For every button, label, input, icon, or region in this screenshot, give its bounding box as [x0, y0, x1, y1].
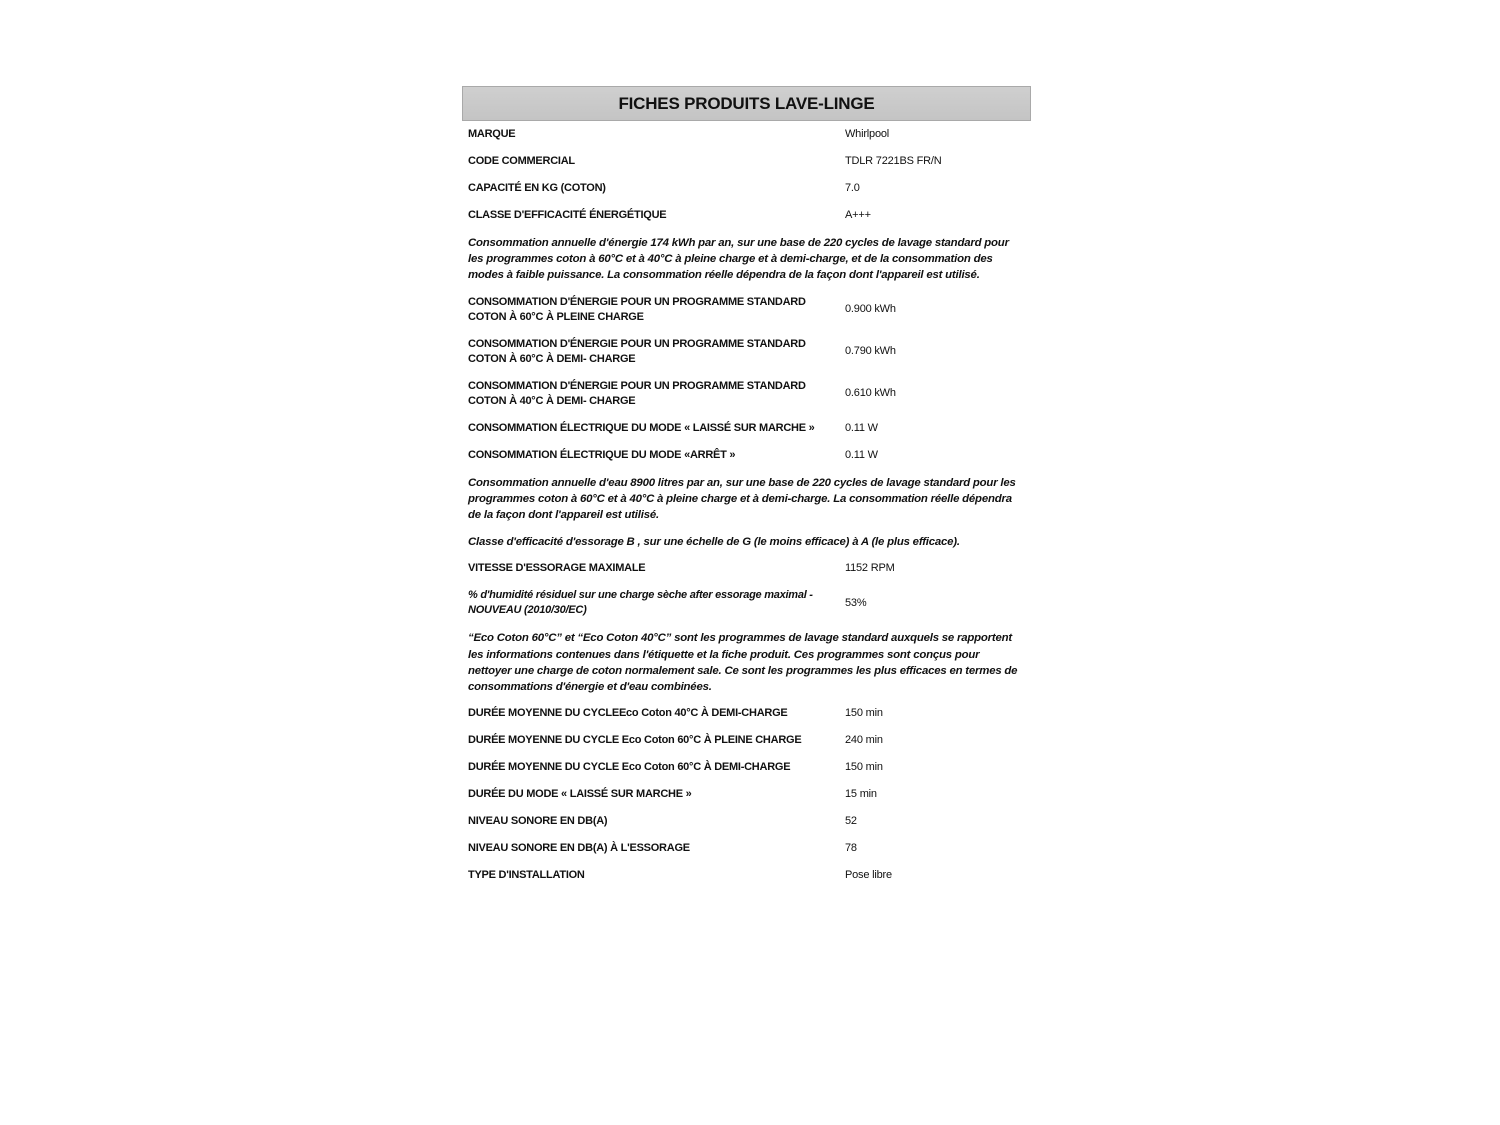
spec-value: 53% [845, 596, 1025, 611]
spec-row-left-on-power: CONSOMMATION ÉLECTRIQUE DU MODE « LAISSÉ… [468, 415, 1025, 442]
spec-row-max-spin: VITESSE D'ESSORAGE MAXIMALE 1152 RPM [468, 555, 1025, 582]
spec-row-left-on-duration: DURÉE DU MODE « LAISSÉ SUR MARCHE » 15 m… [468, 781, 1025, 808]
spec-label: DURÉE MOYENNE DU CYCLE Eco Coton 60°C À … [468, 733, 845, 748]
spec-value: 7.0 [845, 181, 1025, 196]
spec-value: TDLR 7221BS FR/N [845, 154, 1025, 169]
spec-row-installation-type: TYPE D'INSTALLATION Pose libre [468, 862, 1025, 889]
spec-row-noise-wash: NIVEAU SONORE EN DB(A) 52 [468, 808, 1025, 835]
spec-value: 0.790 kWh [845, 344, 1025, 359]
spec-label: DURÉE MOYENNE DU CYCLEEco Coton 40°C À D… [468, 706, 845, 721]
spec-label: DURÉE MOYENNE DU CYCLE Eco Coton 60°C À … [468, 760, 845, 775]
spec-row-capacity: CAPACITÉ EN KG (COTON) 7.0 [468, 175, 1025, 202]
spec-row-energy-40-half: CONSOMMATION D'ÉNERGIE POUR UN PROGRAMME… [468, 373, 1025, 415]
spec-row-off-power: CONSOMMATION ÉLECTRIQUE DU MODE «ARRÊT »… [468, 442, 1025, 469]
spec-value: 15 min [845, 787, 1025, 802]
energy-note: Consommation annuelle d'énergie 174 kWh … [468, 229, 1025, 289]
spec-label: CODE COMMERCIAL [468, 154, 845, 169]
spec-row-cycle-40-half: DURÉE MOYENNE DU CYCLEEco Coton 40°C À D… [468, 700, 1025, 727]
spec-value: 0.900 kWh [845, 302, 1025, 317]
fiche-body: MARQUE Whirlpool CODE COMMERCIAL TDLR 72… [462, 121, 1031, 889]
spec-label: NIVEAU SONORE EN DB(A) À L'ESSORAGE [468, 841, 845, 856]
spec-row-cycle-60-half: DURÉE MOYENNE DU CYCLE Eco Coton 60°C À … [468, 754, 1025, 781]
spec-label: CONSOMMATION ÉLECTRIQUE DU MODE «ARRÊT » [468, 448, 845, 463]
fiche-title: FICHES PRODUITS LAVE-LINGE [462, 86, 1031, 121]
spec-value: 52 [845, 814, 1025, 829]
spec-label: DURÉE DU MODE « LAISSÉ SUR MARCHE » [468, 787, 845, 802]
spec-label: CONSOMMATION D'ÉNERGIE POUR UN PROGRAMME… [468, 337, 845, 367]
spec-value: 150 min [845, 760, 1025, 775]
spec-value: 0.610 kWh [845, 386, 1025, 401]
spec-label: CAPACITÉ EN KG (COTON) [468, 181, 845, 196]
spec-label: CONSOMMATION ÉLECTRIQUE DU MODE « LAISSÉ… [468, 421, 845, 436]
program-note: “Eco Coton 60°C” et “Eco Coton 40°C” son… [468, 624, 1025, 700]
spec-value: A+++ [845, 208, 1025, 223]
spec-value: Pose libre [845, 868, 1025, 883]
spec-label: NIVEAU SONORE EN DB(A) [468, 814, 845, 829]
spec-row-energy-60-half: CONSOMMATION D'ÉNERGIE POUR UN PROGRAMME… [468, 331, 1025, 373]
spec-value: 0.11 W [845, 421, 1025, 436]
spec-row-noise-spin: NIVEAU SONORE EN DB(A) À L'ESSORAGE 78 [468, 835, 1025, 862]
spec-row-cycle-60-full: DURÉE MOYENNE DU CYCLE Eco Coton 60°C À … [468, 727, 1025, 754]
spec-row-residual-humidity: % d'humidité résiduel sur une charge sèc… [468, 582, 1025, 624]
spec-label: TYPE D'INSTALLATION [468, 868, 845, 883]
spec-label: MARQUE [468, 127, 845, 142]
spec-label: CONSOMMATION D'ÉNERGIE POUR UN PROGRAMME… [468, 379, 845, 409]
spec-label: % d'humidité résiduel sur une charge sèc… [468, 588, 845, 618]
spec-row-brand: MARQUE Whirlpool [468, 121, 1025, 148]
spec-row-commercial-code: CODE COMMERCIAL TDLR 7221BS FR/N [468, 148, 1025, 175]
product-fiche: FICHES PRODUITS LAVE-LINGE MARQUE Whirlp… [462, 86, 1031, 889]
spec-value: 1152 RPM [845, 561, 1025, 576]
spec-label: VITESSE D'ESSORAGE MAXIMALE [468, 561, 845, 576]
spin-note: Classe d'efficacité d'essorage B , sur u… [468, 528, 1025, 555]
spec-value: 78 [845, 841, 1025, 856]
water-note: Consommation annuelle d'eau 8900 litres … [468, 469, 1025, 529]
spec-row-energy-60-full: CONSOMMATION D'ÉNERGIE POUR UN PROGRAMME… [468, 289, 1025, 331]
spec-value: 240 min [845, 733, 1025, 748]
spec-value: 0.11 W [845, 448, 1025, 463]
spec-label: CLASSE D'EFFICACITÉ ÉNERGÉTIQUE [468, 208, 845, 223]
spec-row-energy-class: CLASSE D'EFFICACITÉ ÉNERGÉTIQUE A+++ [468, 202, 1025, 229]
spec-value: Whirlpool [845, 127, 1025, 142]
spec-value: 150 min [845, 706, 1025, 721]
spec-label: CONSOMMATION D'ÉNERGIE POUR UN PROGRAMME… [468, 295, 845, 325]
